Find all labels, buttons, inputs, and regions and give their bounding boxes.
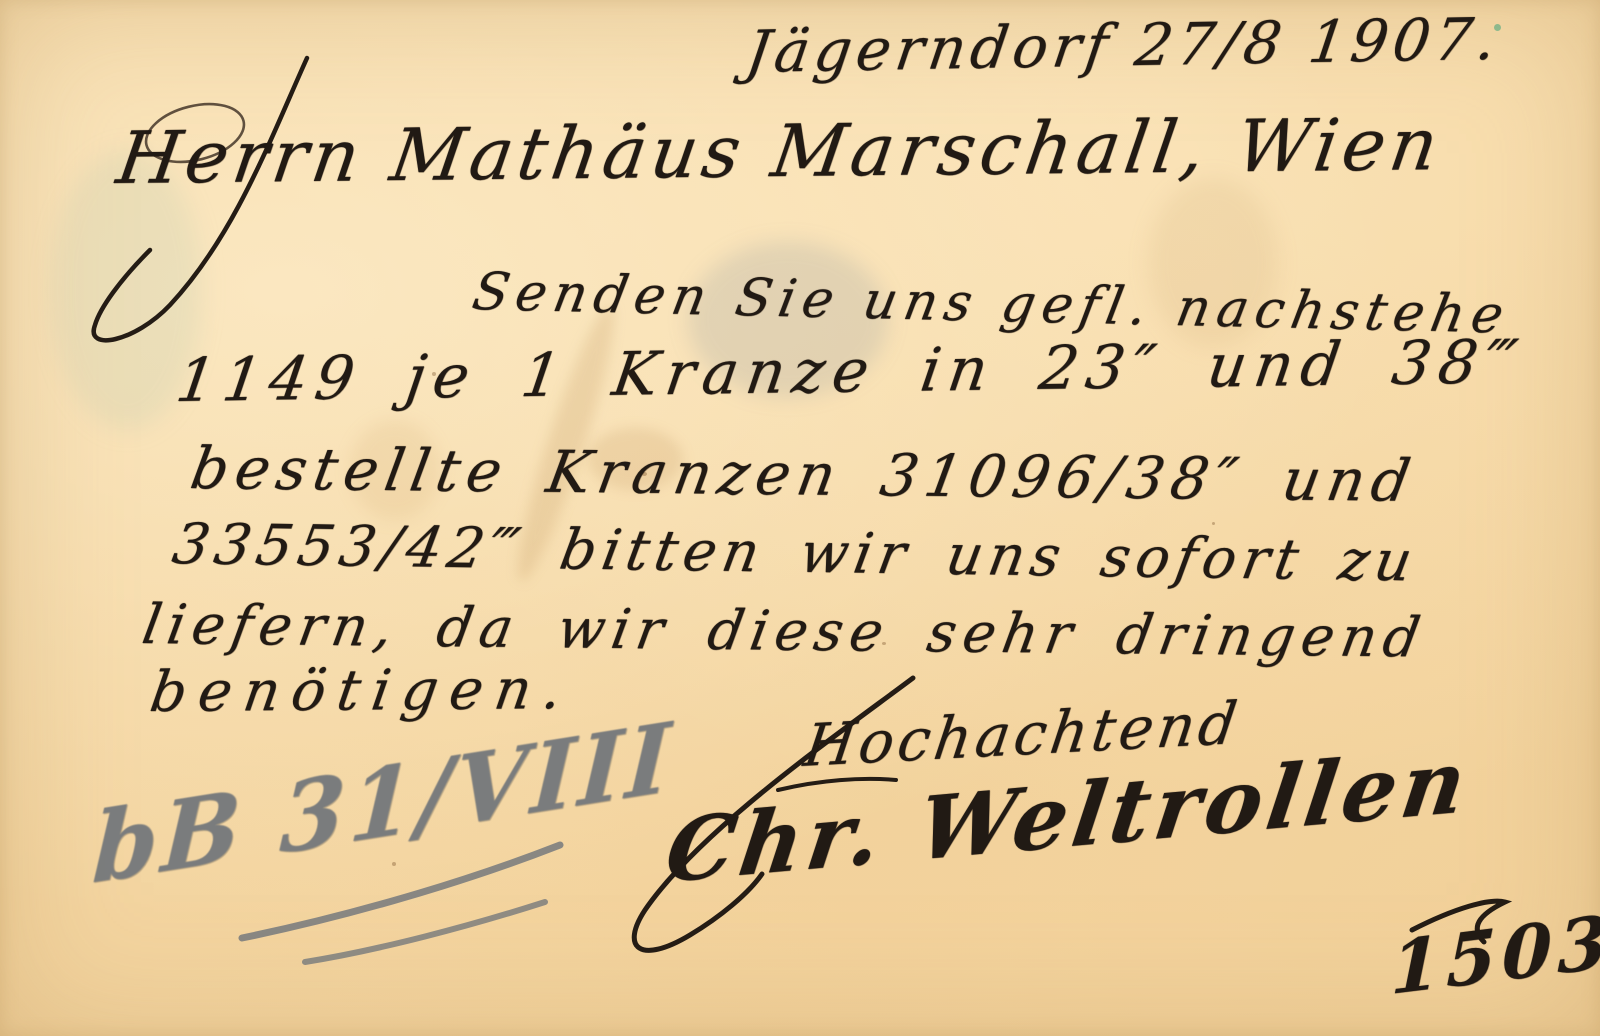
body-line-4: 33553/42‴ bitten wir uns sofort zu (168, 512, 1423, 594)
body-line-3: bestellte Kranzen 31096/38″ und (186, 434, 1422, 515)
paper-speck (392, 862, 396, 866)
pencil-annotation: bB 31/VIII (90, 702, 677, 906)
paper-speck (1212, 522, 1215, 525)
postcard-scan: Jägerndorf 27/8 1907. Herrn Mathäus Mars… (0, 0, 1600, 1036)
body-line-2: 1149 je 1 Kranze in 23″ und 38‴ (172, 327, 1529, 416)
archive-number: 1503 (1390, 898, 1600, 1011)
body-line-6: benötigen. (146, 657, 578, 725)
dateline: Jägerndorf 27/8 1907. (742, 5, 1505, 86)
pencil-underline-stroke (305, 902, 545, 962)
addressee-line: Herrn Mathäus Marschall, Wien (112, 102, 1448, 200)
